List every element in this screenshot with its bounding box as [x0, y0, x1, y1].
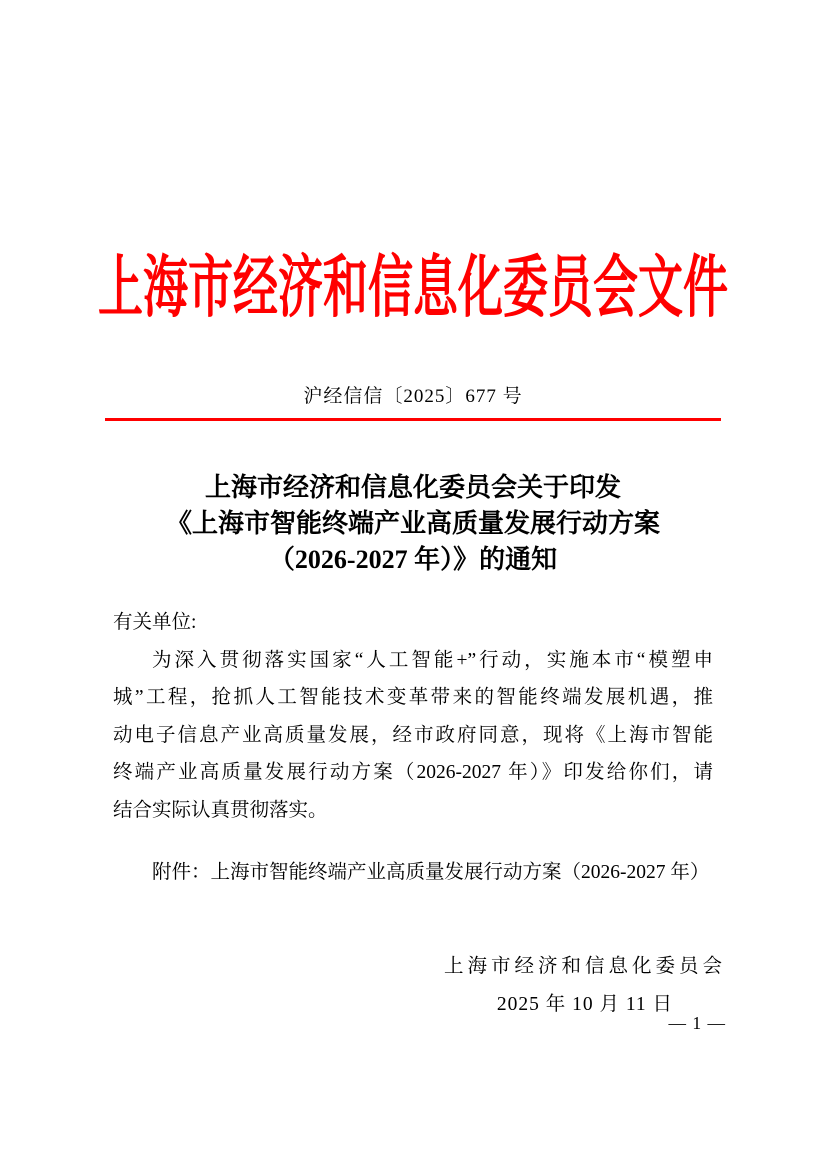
red-divider-line — [105, 418, 721, 421]
notice-title-line-1: 上海市经济和信息化委员会关于印发 — [0, 470, 826, 506]
notice-title-line-3: （2026-2027 年）》的通知 — [0, 542, 826, 578]
paragraph-line-4: 终端产业高质量发展行动方案（2026-2027 年）》印发给你们，请 — [113, 754, 713, 792]
paragraph-line-3: 动电子信息产业高质量发展，经市政府同意，现将《上海市智能 — [113, 717, 713, 755]
salutation: 有关单位: — [113, 604, 713, 642]
paragraph-line-1: 为深入贯彻落实国家“人工智能+”行动，实施本市“模塑申 — [113, 642, 713, 680]
attachment-line: 附件：上海市智能终端产业高质量发展行动方案（2026-2027 年） — [113, 854, 713, 892]
notice-title-line-2: 《上海市智能终端产业高质量发展行动方案 — [0, 506, 826, 542]
paragraph-line-2: 城”工程，抢抓人工智能技术变革带来的智能终端发展机遇，推 — [113, 679, 713, 717]
document-number: 沪经信信〔2025〕677 号 — [0, 381, 826, 408]
document-page: 上海市经济和信息化委员会文件 沪经信信〔2025〕677 号 上海市经济和信息化… — [0, 0, 826, 1169]
page-number: — 1 — — [669, 1013, 727, 1034]
letterhead-title: 上海市经济和信息化委员会文件 — [0, 236, 826, 341]
document-body: 有关单位: 为深入贯彻落实国家“人工智能+”行动，实施本市“模塑申 城”工程，抢… — [113, 604, 713, 892]
paragraph-line-5: 结合实际认真贯彻落实。 — [113, 792, 713, 830]
issuer-name: 上海市经济和信息化委员会 — [444, 948, 726, 986]
notice-title: 上海市经济和信息化委员会关于印发 《上海市智能终端产业高质量发展行动方案 （20… — [0, 470, 826, 578]
signature-block: 上海市经济和信息化委员会 2025 年 10 月 11 日 — [444, 948, 726, 1023]
